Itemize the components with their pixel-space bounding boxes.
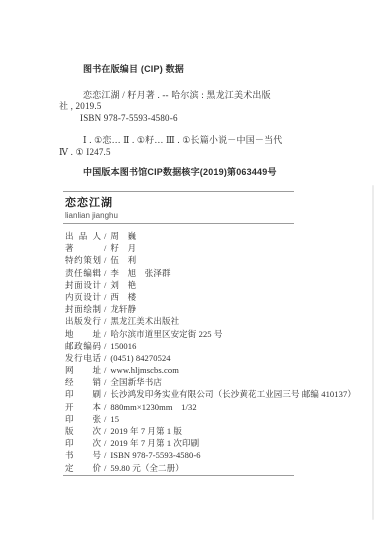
book-title: 恋恋江湖 [65, 197, 295, 209]
colophon-separator: / [104, 352, 106, 364]
cip-header: 图书在版编目 (CIP) 数据 [83, 64, 301, 76]
colophon-separator: / [104, 242, 106, 254]
colophon-separator: / [104, 328, 106, 340]
colophon-row: 封面绘制 / 龙轩静 [65, 303, 315, 315]
colophon-value: 2019 年 7 月第 1 版 [110, 425, 315, 437]
colophon-row: 出品人 / 周 巍 [65, 230, 315, 242]
colophon-separator: / [104, 254, 106, 266]
colophon-label: 经销 [65, 376, 101, 388]
cip-entry-line-1: 恋恋江湖 / 籽月著 . -- 哈尔滨 : 黑龙江美术出版 [83, 90, 301, 102]
colophon-row: 定价 / 59.80 元（全二册） [65, 462, 315, 474]
colophon-value: 西 楼 [110, 291, 315, 303]
colophon-label: 封面绘制 [65, 303, 101, 315]
colophon-separator: / [104, 340, 106, 352]
colophon-value: 籽 月 [110, 242, 315, 254]
colophon-value: www.hljmscbs.com [110, 364, 315, 376]
colophon-separator: / [104, 291, 106, 303]
colophon-label: 印张 [65, 413, 101, 425]
colophon-value: 15 [110, 413, 315, 425]
colophon-label: 版次 [65, 425, 101, 437]
colophon-row: 印刷 / 长沙鸿发印务实业有限公司（长沙黄花工业园三号 邮编 410137） [65, 388, 315, 400]
colophon-value: 59.80 元（全二册） [110, 462, 315, 474]
colophon-value: 全国新华书店 [110, 376, 315, 388]
colophon-label: 发行电话 [65, 352, 101, 364]
colophon-row: 印次 / 2019 年 7 月第 1 次印刷 [65, 437, 315, 449]
colophon-separator: / [104, 376, 106, 388]
colophon-label: 内页设计 [65, 291, 101, 303]
colophon-row: 书号 / ISBN 978-7-5593-4580-6 [65, 449, 315, 461]
colophon-row: 封面设计 / 刘 艳 [65, 279, 315, 291]
divider-middle [63, 223, 294, 224]
colophon-label: 地址 [65, 328, 101, 340]
colophon-separator: / [104, 401, 106, 413]
colophon-separator: / [104, 267, 106, 279]
colophon-label: 开本 [65, 401, 101, 413]
colophon-value: 长沙鸿发印务实业有限公司（长沙黄花工业园三号 邮编 410137） [110, 388, 356, 400]
colophon-value: 伍 利 [110, 254, 315, 266]
cip-block: 图书在版编目 (CIP) 数据 恋恋江湖 / 籽月著 . -- 哈尔滨 : 黑龙… [59, 64, 301, 179]
colophon-value: 龙轩静 [110, 303, 315, 315]
colophon-label: 网址 [65, 364, 101, 376]
colophon-value: 150016 [110, 340, 315, 352]
cip-record-number: 中国版本图书馆CIP数据核字(2019)第063449号 [83, 167, 301, 179]
colophon-label: 书号 [65, 449, 101, 461]
colophon-row: 版次 / 2019 年 7 月第 1 版 [65, 425, 315, 437]
copyright-page: 图书在版编目 (CIP) 数据 恋恋江湖 / 籽月著 . -- 哈尔滨 : 黑龙… [0, 0, 375, 543]
divider-bottom [63, 475, 294, 476]
cip-classification-line-2: Ⅳ . ① I247.5 [59, 147, 301, 159]
colophon-label: 印刷 [65, 388, 101, 400]
colophon-value: 哈尔滨市道里区安定街 225 号 [110, 328, 315, 340]
colophon-label: 邮政编码 [65, 340, 101, 352]
colophon-row: 开本 / 880mm×1230mm 1/32 [65, 401, 315, 413]
colophon-row: 地址 / 哈尔滨市道里区安定街 225 号 [65, 328, 315, 340]
colophon-label: 著 [65, 242, 101, 254]
colophon-separator: / [104, 413, 106, 425]
colophon-row: 责任编辑 / 李 旭 张泽群 [65, 267, 315, 279]
divider-top [63, 191, 294, 192]
colophon-value: 刘 艳 [110, 279, 315, 291]
colophon-label: 责任编辑 [65, 267, 101, 279]
colophon-separator: / [104, 230, 106, 242]
colophon-separator: / [104, 462, 106, 474]
colophon-value: 黑龙江美术出版社 [110, 315, 315, 327]
colophon-separator: / [104, 449, 106, 461]
colophon-value: ISBN 978-7-5593-4580-6 [110, 449, 315, 461]
colophon-separator: / [104, 279, 106, 291]
cip-classification-line-1: Ⅰ . ①恋… Ⅱ . ①籽… Ⅲ . ①长篇小说－中国－当代 [83, 135, 301, 147]
colophon-row: 邮政编码 / 150016 [65, 340, 315, 352]
colophon-separator: / [104, 315, 106, 327]
colophon-label: 特约策划 [65, 254, 101, 266]
colophon-list: 出品人 / 周 巍 著 / 籽 月 特约策划 / 伍 利 责任编辑 / 李 旭 … [65, 230, 315, 474]
colophon-label: 出品人 [65, 230, 101, 242]
colophon-row: 内页设计 / 西 楼 [65, 291, 315, 303]
colophon-value: 2019 年 7 月第 1 次印刷 [110, 437, 315, 449]
cip-isbn-line: ISBN 978-7-5593-4580-6 [80, 113, 301, 125]
colophon-value: (0451) 84270524 [110, 352, 315, 364]
colophon-row: 网址 / www.hljmscbs.com [65, 364, 315, 376]
colophon-row: 经销 / 全国新华书店 [65, 376, 315, 388]
colophon-row: 著 / 籽 月 [65, 242, 315, 254]
colophon-label: 印次 [65, 437, 101, 449]
colophon-row: 印张 / 15 [65, 413, 315, 425]
colophon-value: 李 旭 张泽群 [110, 267, 315, 279]
colophon-label: 定价 [65, 462, 101, 474]
title-block: 恋恋江湖 lianlian jianghu [65, 197, 295, 220]
colophon-row: 出版发行 / 黑龙江美术出版社 [65, 315, 315, 327]
colophon-separator: / [104, 437, 106, 449]
colophon-separator: / [104, 303, 106, 315]
colophon-label: 出版发行 [65, 315, 101, 327]
colophon-row: 发行电话 / (0451) 84270524 [65, 352, 315, 364]
colophon-value: 880mm×1230mm 1/32 [110, 401, 315, 413]
colophon-separator: / [104, 388, 106, 400]
colophon-label: 封面设计 [65, 279, 101, 291]
cip-entry-line-2: 社 , 2019.5 [59, 101, 301, 113]
page-edge-shadow [372, 185, 374, 520]
colophon-separator: / [104, 364, 106, 376]
colophon-row: 特约策划 / 伍 利 [65, 254, 315, 266]
book-title-pinyin: lianlian jianghu [65, 211, 295, 220]
colophon-separator: / [104, 425, 106, 437]
colophon-value: 周 巍 [110, 230, 315, 242]
